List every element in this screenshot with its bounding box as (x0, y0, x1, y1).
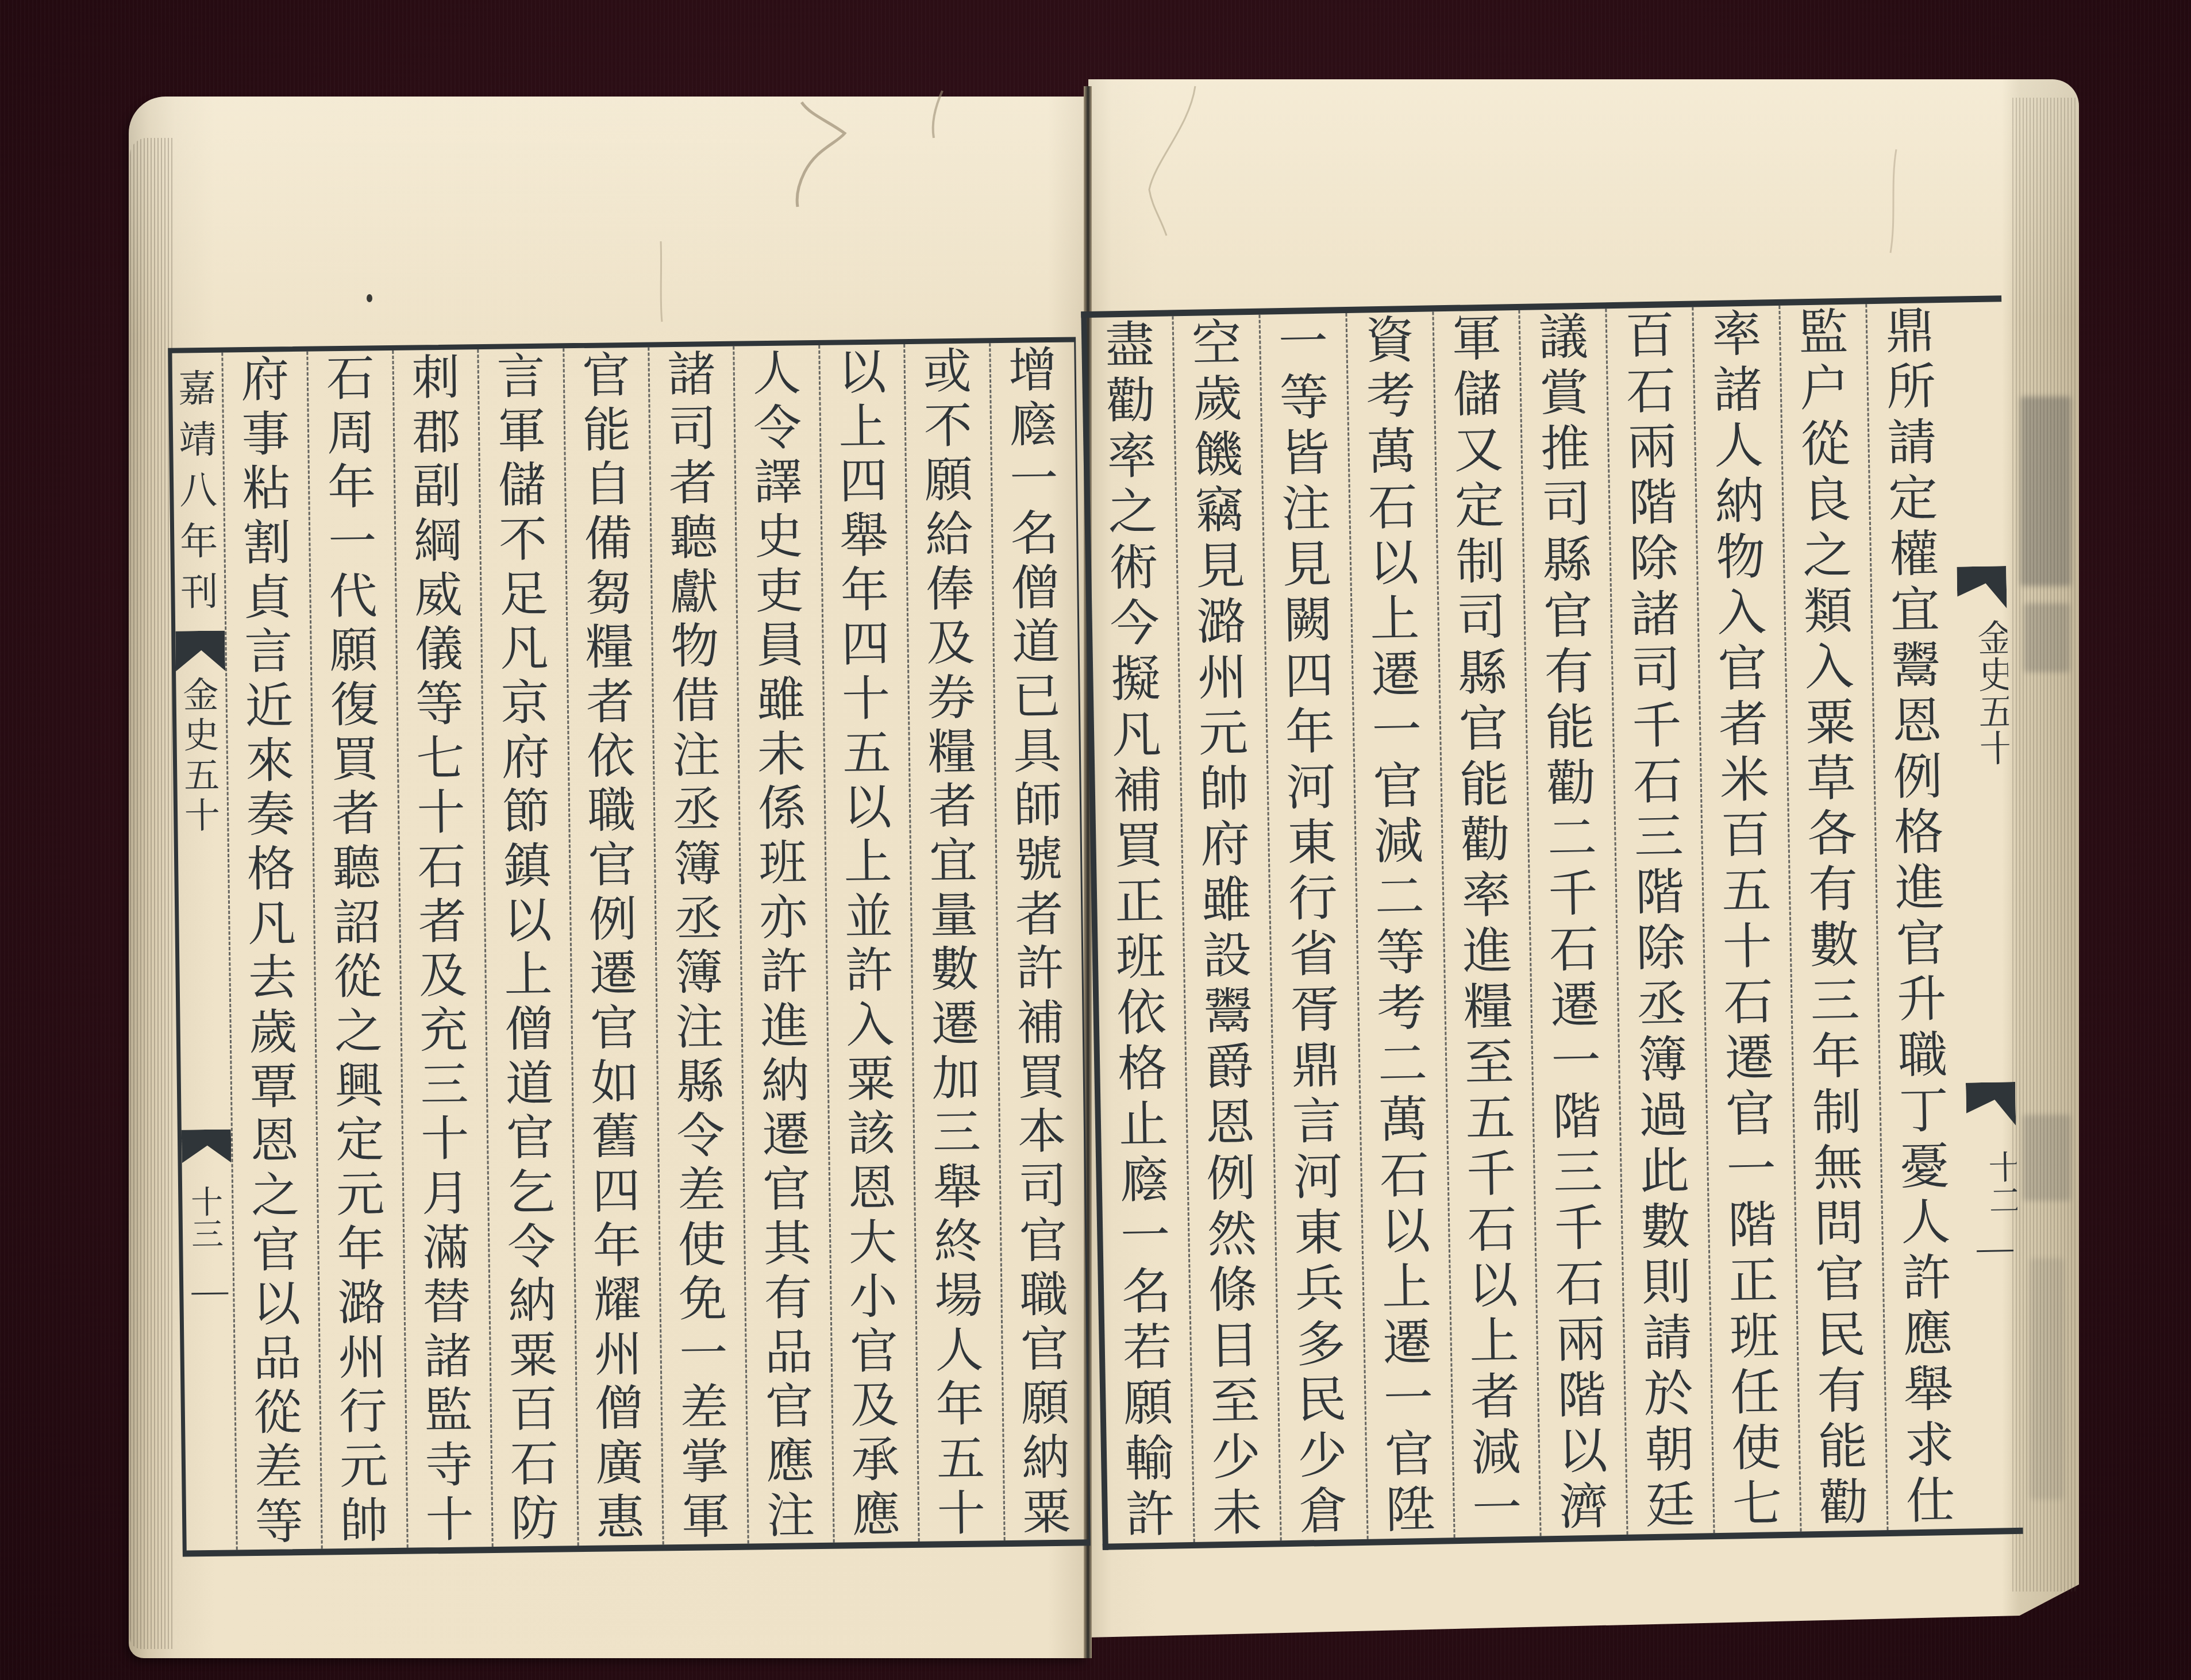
column-text: 官能自備芻糧者依職官例遷官如舊四年耀州僧廣惠 (564, 351, 663, 1543)
glyph: 類 (1803, 586, 1853, 636)
glyph: 五 (1722, 866, 1772, 916)
glyph: 以 (1380, 1207, 1430, 1257)
glyph: 階 (1552, 1092, 1602, 1142)
glyph: 官 (1019, 1216, 1068, 1265)
glyph: 足 (499, 569, 548, 618)
glyph: 依 (1116, 988, 1166, 1038)
glyph: 司 (1541, 480, 1591, 530)
glyph: 史 (183, 718, 220, 754)
glyph: 官 (252, 1226, 301, 1274)
glyph: 納 (1022, 1434, 1071, 1482)
glyph: 階 (1557, 1370, 1607, 1420)
glyph: 仕 (1905, 1476, 1955, 1526)
glyph: 若 (1122, 1323, 1172, 1373)
glyph: 勸 (1106, 376, 1156, 426)
glyph: 胥 (1290, 985, 1340, 1035)
glyph: 無 (1813, 1143, 1863, 1193)
column-text: 言軍儲不足凡京府節鎮以上僧道官乞令納粟百石防 (479, 352, 577, 1543)
glyph: 道 (1011, 618, 1060, 666)
glyph: 之 (334, 1007, 383, 1055)
glyph: 州 (1197, 653, 1247, 703)
glyph: 等 (1279, 373, 1329, 423)
glyph: 闕 (1283, 595, 1333, 645)
glyph: 十 (842, 674, 891, 723)
glyph: 官 (1815, 1255, 1865, 1305)
glyph: 十 (1722, 922, 1772, 972)
glyph: 其 (763, 1219, 812, 1268)
glyph: 覃 (249, 1062, 298, 1111)
glyph: 以 (1558, 1426, 1608, 1476)
glyph: 本 (1018, 1107, 1066, 1156)
glyph: 官 (765, 1382, 814, 1431)
glyph: 遷 (1550, 981, 1600, 1031)
glyph: 此 (1639, 1146, 1689, 1196)
glyph: 號 (1014, 835, 1063, 884)
glyph: 兩 (1627, 422, 1677, 472)
glyph: 定 (1454, 481, 1504, 531)
glyph: 史 (754, 512, 803, 561)
glyph: 節 (502, 787, 550, 836)
glyph: 恩 (250, 1116, 299, 1165)
glyph: 芻 (584, 568, 633, 617)
glyph: 一 (679, 1329, 728, 1378)
glyph: 職 (1019, 1270, 1068, 1319)
glyph: 滿 (422, 1223, 471, 1272)
glyph: 元 (340, 1442, 388, 1490)
glyph: 惠 (596, 1493, 645, 1542)
text-column: 人令譯史吏員雖未係班亦許進納遷官其有品官應注 (733, 345, 833, 1544)
text-column: 言軍儲不足凡京府節鎮以上僧道官乞令納粟百石防 (477, 348, 577, 1547)
column-text: 以上四舉年四十五以上並許入粟該恩大小官及承應 (820, 348, 918, 1539)
glyph: 十 (425, 1495, 474, 1544)
glyph: 求 (1904, 1420, 1954, 1470)
glyph: 請 (1642, 1313, 1692, 1363)
glyph: 許 (760, 947, 808, 996)
glyph: 郡 (412, 407, 461, 456)
fishtail-mark-icon (175, 631, 225, 672)
glyph: 之 (251, 1171, 299, 1220)
glyph: 許 (1125, 1489, 1175, 1539)
banxin-page-number: 十三 (182, 1186, 232, 1250)
banxin-page-number: 十二 (1970, 1150, 2023, 1204)
glyph: 令 (507, 1222, 556, 1271)
glyph: 者 (668, 458, 717, 507)
glyph: 石 (1368, 483, 1418, 533)
column-text: 刺郡副綱威儀等七十石者及充三十月滿替諸監寺十 (394, 353, 492, 1544)
glyph: 定 (1888, 473, 1938, 523)
glyph: 階 (1628, 478, 1678, 528)
glyph: 鬻 (1891, 641, 1941, 691)
glyph: 之 (1108, 487, 1158, 537)
glyph: 官 (588, 841, 637, 889)
glyph: 潞 (1196, 597, 1246, 647)
glyph: 爵 (1204, 1042, 1254, 1092)
glyph: 寺 (425, 1441, 473, 1490)
glyph: 歲 (1192, 374, 1242, 424)
glyph: 歲 (249, 1008, 298, 1057)
glyph: 進 (1462, 927, 1512, 977)
glyph: 十 (937, 1489, 985, 1538)
glyph: 職 (1897, 1030, 1947, 1080)
text-column: 石周年一代願復買者聽詔從之興定元年潞州行元帥 (307, 350, 407, 1549)
glyph: 千 (1548, 869, 1598, 919)
glyph: 凡 (1111, 710, 1161, 760)
glyph: 丞 (674, 894, 723, 943)
glyph: 已 (1012, 672, 1061, 721)
glyph: 物 (1715, 532, 1765, 582)
glyph: 石 (1380, 1151, 1430, 1201)
column-text: 人令譯史吏員雖未係班亦許進納遷官其有品官應注 (735, 349, 833, 1540)
glyph: 粟 (846, 1055, 895, 1104)
glyph: 嘉 (178, 370, 217, 409)
glyph: 簿 (1638, 1035, 1688, 1085)
glyph: 令 (676, 1111, 725, 1160)
glyph: 四 (592, 1167, 641, 1216)
glyph: 替 (422, 1278, 471, 1327)
glyph: 員 (756, 621, 804, 670)
glyph: 給 (925, 510, 974, 559)
fishtail-mark-icon (182, 1129, 232, 1163)
glyph: 糧 (1463, 982, 1513, 1032)
glyph: 考 (1366, 371, 1416, 421)
glyph: 納 (508, 1277, 557, 1325)
glyph: 年 (935, 1380, 984, 1429)
glyph: 場 (934, 1271, 983, 1320)
glyph: 府 (1200, 820, 1250, 870)
glyph: 數 (1809, 920, 1859, 970)
glyph: 差 (680, 1383, 729, 1432)
glyph: 官 (1020, 1325, 1069, 1374)
glyph: 石 (1723, 978, 1773, 1028)
bleed-through-mark (2020, 396, 2071, 586)
glyph: 州 (338, 1333, 387, 1382)
glyph: 班 (758, 838, 807, 887)
glyph: 萬 (1367, 427, 1417, 477)
glyph: 遷 (589, 949, 638, 998)
glyph: 遷 (1370, 650, 1420, 700)
glyph: 例 (588, 895, 637, 943)
glyph: 從 (1800, 419, 1850, 469)
glyph: 官 (1373, 761, 1423, 811)
glyph: 者 (586, 677, 635, 726)
text-column: 官能自備芻糧者依職官例遷官如舊四年耀州僧廣惠 (563, 348, 663, 1546)
glyph: 掌 (680, 1438, 729, 1486)
glyph: 簿 (675, 948, 723, 997)
glyph: 能 (583, 406, 631, 454)
glyph: 舉 (933, 1162, 982, 1211)
glyph: 許 (1901, 1253, 1951, 1303)
glyph: 憂 (1900, 1142, 1950, 1192)
glyph: 石 (510, 1440, 559, 1489)
glyph: 盡 (1104, 320, 1154, 370)
glyph: 陞 (1385, 1485, 1435, 1535)
glyph: 品 (253, 1334, 302, 1383)
glyph: 師 (1014, 781, 1062, 830)
glyph: 如 (591, 1058, 640, 1107)
glyph: 儲 (1453, 369, 1503, 419)
glyph: 券 (927, 673, 976, 722)
glyph: 官 (763, 1165, 811, 1213)
glyph: 竊 (1194, 485, 1244, 535)
fishtail-mark-icon (1957, 566, 2007, 609)
ink-spot (367, 294, 372, 302)
glyph: 人 (1713, 421, 1763, 471)
glyph: 有 (1808, 865, 1858, 915)
glyph: 鼎 (1885, 306, 1935, 356)
glyph: 河 (1286, 762, 1336, 812)
glyph: 等 (1376, 928, 1426, 978)
glyph: 事 (241, 410, 290, 458)
glyph: 勸 (1546, 758, 1596, 808)
glyph: 買 (330, 735, 379, 784)
glyph: 上 (838, 402, 887, 451)
text-column: 府事粘割貞言近來奏格凡去歲覃恩之官以品從差等 (221, 352, 321, 1550)
glyph: 定 (336, 1115, 384, 1164)
glyph: 粟 (509, 1331, 557, 1380)
text-column: 以上四舉年四十五以上並許入粟該恩大小官及承應 (818, 344, 918, 1543)
glyph: 代 (329, 572, 378, 621)
column-text: 或不願給俸及券糧者宜量數遷加三舉終場人年五十 (905, 346, 1003, 1538)
glyph: 至 (1210, 1377, 1260, 1427)
glyph: 官 (1543, 591, 1593, 641)
glyph: 宜 (929, 836, 978, 885)
glyph: 一 (1551, 1036, 1601, 1086)
glyph: 承 (851, 1435, 900, 1484)
glyph: 使 (1731, 1423, 1781, 1473)
glyph: 上 (504, 950, 553, 999)
glyph: 納 (1715, 476, 1765, 526)
glyph: 能 (1460, 760, 1510, 810)
glyph: 米 (1719, 755, 1769, 805)
glyph: 升 (1897, 974, 1947, 1024)
glyph: 令 (753, 403, 802, 452)
glyph: 民 (1816, 1310, 1866, 1360)
glyph: 者 (1015, 889, 1064, 938)
glyph: 一 (328, 517, 377, 566)
glyph: 石 (1549, 925, 1599, 975)
glyph: 未 (757, 730, 806, 779)
glyph: 及 (419, 951, 468, 1000)
glyph: 或 (923, 347, 972, 396)
glyph: 備 (584, 514, 633, 563)
glyph: 倉 (1299, 1486, 1349, 1536)
glyph: 道 (505, 1059, 554, 1108)
text-column: 諸司者聽獻物借注丞簿丞簿注縣令差使免一差掌軍 (648, 346, 748, 1545)
glyph: 簿 (673, 839, 722, 888)
glyph: 縣 (1457, 648, 1507, 698)
glyph: 議 (1538, 313, 1588, 363)
glyph: 減 (1471, 1428, 1521, 1478)
glyph: 一 (1010, 454, 1058, 503)
glyph: 推 (1540, 424, 1590, 474)
glyph: 等 (255, 1497, 303, 1546)
glyph: 一 (1120, 1211, 1170, 1261)
glyph: 詔 (333, 898, 382, 947)
column-text: 石周年一代願復買者聽詔從之興定元年潞州行元帥 (309, 354, 407, 1546)
glyph: 應 (852, 1490, 900, 1539)
glyph: 石 (326, 354, 375, 403)
glyph: 格 (247, 845, 295, 893)
glyph: 五 (184, 758, 220, 794)
glyph: 雖 (756, 675, 805, 724)
glyph: 以 (252, 1280, 301, 1328)
glyph: 制 (1455, 537, 1505, 587)
glyph: 縣 (1542, 535, 1592, 585)
glyph: 賞 (1539, 368, 1589, 418)
glyph: 七 (1732, 1479, 1782, 1529)
column-text: 諸司者聽獻物借注丞簿丞簿注縣令差使免一差掌軍 (649, 350, 748, 1542)
glyph: 行 (1288, 874, 1338, 924)
glyph: 遷 (931, 999, 980, 1048)
glyph: 府 (501, 733, 550, 781)
glyph: 威 (414, 571, 463, 619)
glyph: 副 (413, 462, 461, 511)
glyph: 三 (1634, 812, 1684, 862)
glyph: 者 (1719, 699, 1769, 749)
glyph: 獻 (670, 568, 719, 616)
glyph: 勸 (1819, 1477, 1869, 1527)
glyph: 減 (1373, 816, 1423, 866)
glyph: 千 (1466, 1149, 1516, 1199)
glyph: 石 (417, 842, 466, 891)
glyph: 除 (1629, 534, 1679, 584)
glyph: 數 (930, 945, 979, 994)
glyph: 儀 (415, 625, 464, 674)
fishtail-mark-icon (1966, 1082, 2016, 1126)
glyph: 注 (672, 731, 721, 780)
glyph: 監 (1799, 308, 1849, 358)
glyph: 正 (1728, 1256, 1778, 1306)
glyph: 年 (840, 565, 889, 614)
glyph: 兵 (1295, 1263, 1345, 1313)
glyph: 石 (1467, 1205, 1517, 1255)
glyph: 言 (496, 352, 545, 401)
glyph: 縣 (676, 1057, 725, 1106)
glyph: 免 (679, 1274, 727, 1323)
glyph: 東 (1293, 1208, 1343, 1258)
glyph: 官 (1384, 1429, 1434, 1479)
glyph: 例 (1206, 1154, 1256, 1204)
glyph: 百 (509, 1385, 558, 1434)
glyph: 人 (1901, 1197, 1951, 1247)
glyph: 見 (1195, 541, 1245, 591)
glyph: 今 (1110, 599, 1160, 649)
glyph: 鬻 (1203, 987, 1253, 1036)
glyph: 譯 (754, 458, 803, 507)
glyph: 階 (1635, 868, 1685, 918)
glyph: 入 (846, 1000, 895, 1049)
glyph: 元 (336, 1170, 385, 1219)
glyph: 良 (1801, 475, 1851, 525)
glyph: 以 (503, 896, 552, 945)
banxin-edition-label: 嘉靖八年刊 (172, 370, 225, 612)
glyph: 除 (1635, 923, 1685, 973)
glyph: 問 (1814, 1199, 1864, 1249)
glyph: 户 (1799, 364, 1849, 414)
glyph: 乞 (507, 1167, 556, 1216)
glyph: 官 (1896, 919, 1946, 969)
glyph: 品 (764, 1328, 813, 1377)
glyph: 一 (1278, 317, 1328, 367)
glyph: 司 (668, 404, 717, 453)
glyph: 以 (1369, 538, 1419, 588)
glyph: 三 (420, 1060, 469, 1109)
glyph: 少 (1211, 1432, 1261, 1482)
glyph: 石 (1626, 367, 1676, 417)
glyph: 四 (841, 620, 890, 669)
glyph: 一 (1472, 1484, 1522, 1533)
glyph: 丞 (672, 785, 721, 834)
glyph: 從 (253, 1388, 302, 1437)
glyph: 糧 (585, 623, 634, 672)
glyph: 千 (1554, 1204, 1604, 1254)
glyph: 百 (1720, 811, 1770, 861)
glyph: 名 (1010, 509, 1059, 558)
glyph: 於 (1643, 1369, 1693, 1419)
glyph: 從 (333, 952, 382, 1001)
glyph: 粟 (1022, 1488, 1071, 1536)
glyph: 有 (1817, 1366, 1867, 1416)
glyph: 充 (419, 1005, 468, 1054)
glyph: 者 (418, 897, 467, 946)
glyph: 增 (1008, 346, 1057, 395)
glyph: 空 (1191, 318, 1241, 368)
glyph: 刺 (411, 353, 460, 402)
glyph: 買 (1114, 821, 1164, 871)
banxin-book-title: 金史五十 (176, 677, 227, 834)
glyph: 年 (1285, 707, 1335, 757)
glyph: 條 (1208, 1265, 1258, 1315)
banxin-rule (191, 1293, 228, 1295)
glyph: 鼎 (1291, 1041, 1341, 1091)
glyph: 補 (1112, 765, 1162, 815)
glyph: 諸 (1630, 589, 1680, 639)
glyph: 請 (1887, 418, 1937, 468)
glyph: 遷 (1724, 1033, 1774, 1083)
glyph: 許 (1015, 944, 1064, 993)
glyph: 遷 (1383, 1318, 1433, 1368)
left-page-text-frame: 增廕一名僧道已具師號者許補買本司官職官願納粟 或不願給俸及券糧者宜量數遷加三舉終… (168, 337, 1091, 1556)
glyph: 率 (1461, 871, 1511, 921)
glyph: 官 (1725, 1089, 1775, 1139)
glyph: 州 (594, 1330, 642, 1379)
glyph: 近 (245, 681, 294, 730)
glyph: 見 (1282, 540, 1332, 589)
glyph: 格 (1894, 808, 1944, 858)
glyph: 官 (590, 1004, 638, 1053)
glyph: 差 (677, 1166, 726, 1215)
glyph: 三 (1553, 1148, 1603, 1198)
glyph: 有 (1544, 646, 1594, 696)
glyph: 入 (1804, 642, 1854, 692)
glyph: 應 (766, 1436, 815, 1485)
glyph: 入 (1716, 588, 1766, 638)
glyph: 以 (838, 348, 887, 396)
glyph: 正 (1114, 877, 1164, 927)
glyph: 粘 (242, 464, 291, 513)
glyph: 然 (1207, 1209, 1257, 1259)
glyph: 去 (248, 953, 297, 1002)
glyph: 許 (845, 946, 894, 995)
glyph: 及 (850, 1381, 899, 1430)
glyph: 四 (1284, 651, 1334, 701)
glyph: 丁 (1899, 1086, 1949, 1136)
glyph: 能 (1818, 1421, 1867, 1471)
glyph: 廣 (595, 1439, 644, 1488)
glyph: 係 (758, 784, 807, 833)
glyph: 靖 (179, 421, 217, 459)
glyph: 之 (1802, 531, 1852, 581)
